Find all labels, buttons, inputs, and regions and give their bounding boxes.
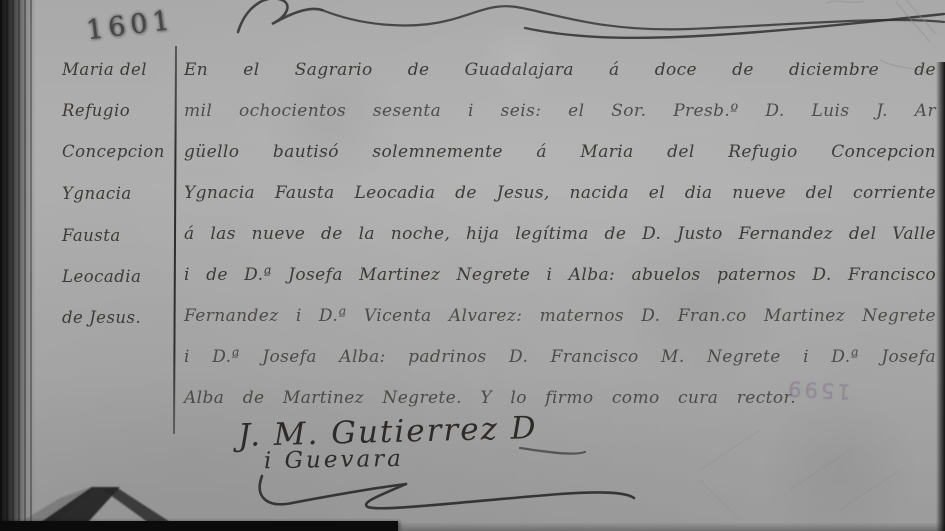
entry-number: 1601 (84, 5, 176, 47)
record-line: Fernandez i D.ª Vicenta Alvarez: materno… (184, 306, 936, 326)
signature-second-line: i Guevara (264, 446, 404, 474)
margin-name: Ygnacia (62, 184, 172, 203)
right-edge-shadow (936, 62, 945, 531)
margin-name: Leocadia (62, 267, 172, 286)
column-divider-line (173, 46, 177, 434)
margin-name: Fausta (62, 226, 172, 245)
pencil-annotation: 1599 (771, 376, 864, 405)
record-line: güello bautisó solemnemente á Maria del … (184, 142, 936, 162)
baptismal-register-scan: 1601 Maria del Refugio Concepcion Ygnaci… (0, 0, 945, 531)
binding-edge (0, 0, 36, 531)
record-line: En el Sagrario de Guadalajara á doce de … (184, 60, 936, 80)
record-line: Ygnacia Fausta Leocadia de Jesus, nacida… (184, 183, 936, 203)
record-line: á las nueve de la noche, hija legítima d… (184, 224, 936, 244)
record-line: mil ochocientos sesenta i seis: el Sor. … (184, 101, 936, 121)
margin-name: Refugio (62, 101, 172, 120)
margin-name: de Jesus. (62, 308, 172, 327)
margin-name: Maria del (62, 60, 172, 79)
record-line: i D.ª Josefa Alba: padrinos D. Francisco… (184, 347, 936, 367)
bottom-scan-bar (0, 521, 398, 531)
record-line: Alba de Martinez Negrete. Y lo firmo com… (184, 388, 796, 408)
margin-name: Concepcion (62, 142, 172, 161)
record-line: i de D.ª Josefa Martinez Negrete i Alba:… (184, 265, 936, 285)
